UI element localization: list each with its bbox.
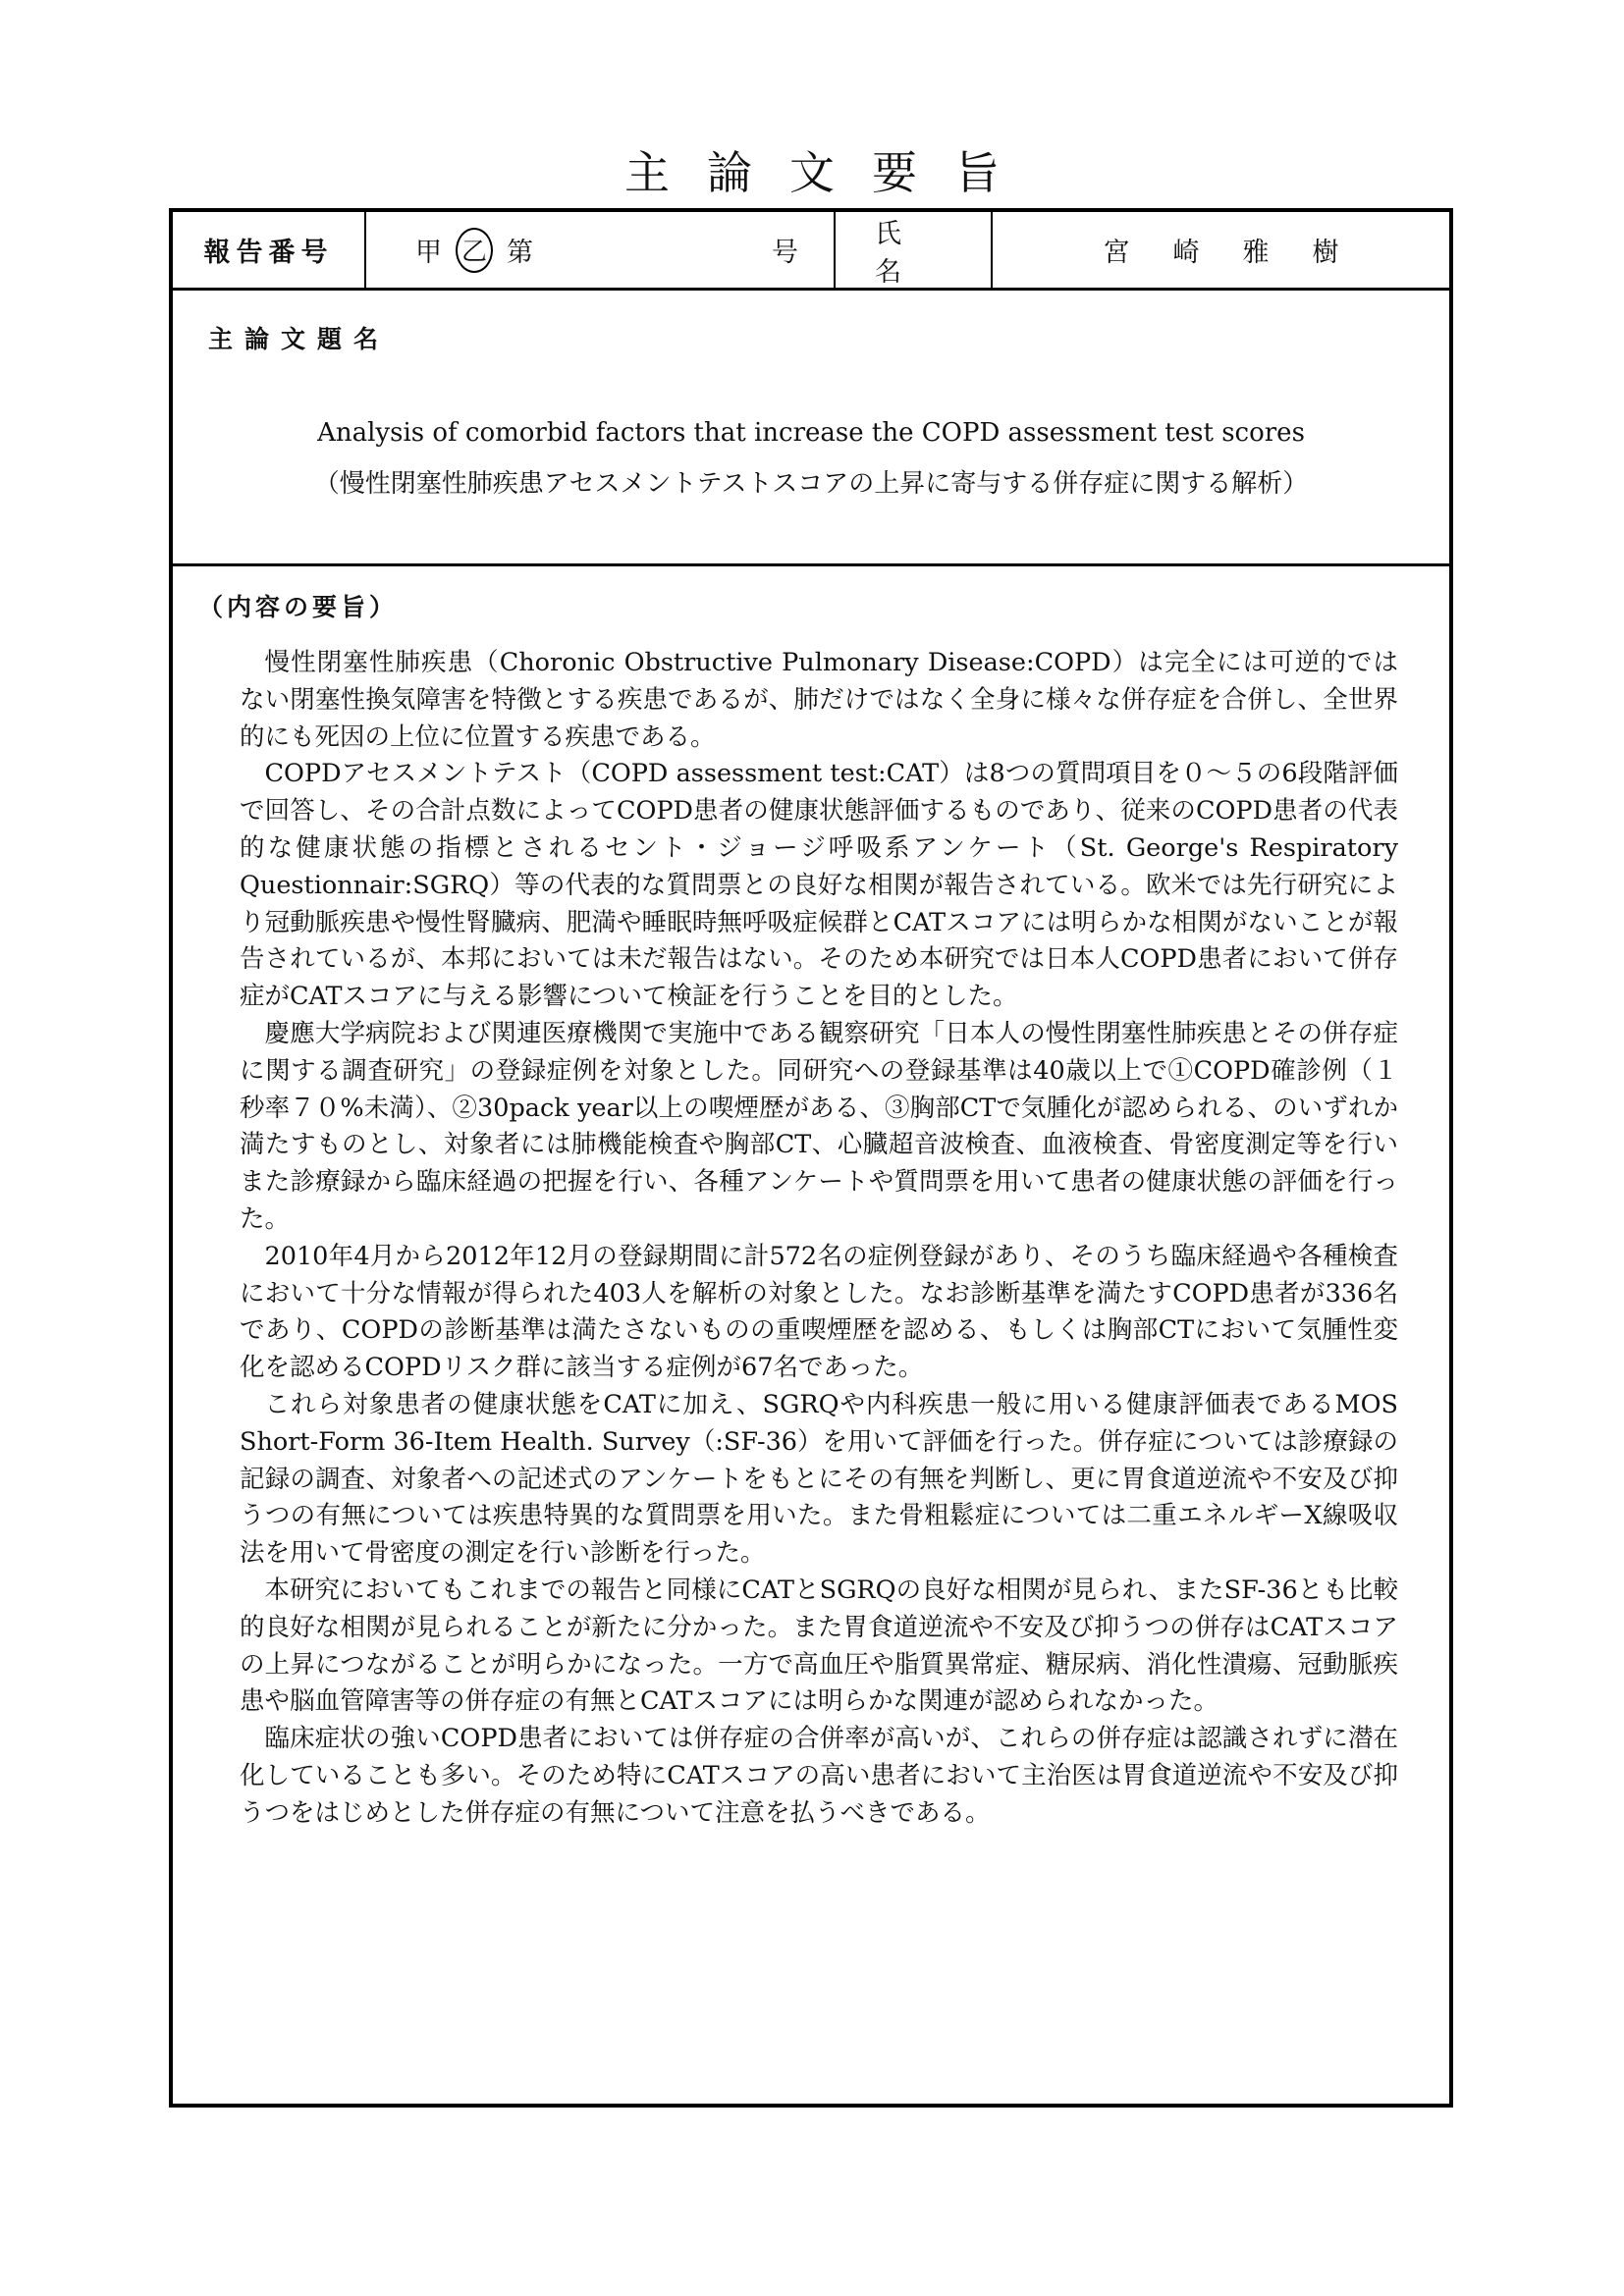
report-number-field: 甲 乙 第 号	[366, 212, 836, 288]
thesis-title-english: Analysis of comorbid factors that increa…	[173, 418, 1449, 448]
thesis-title-section: 主論文題名 Analysis of comorbid factors that …	[173, 291, 1449, 566]
thesis-title-label: 主論文題名	[208, 320, 390, 355]
name-label: 氏名	[836, 212, 993, 288]
paragraph: 臨床症状の強いCOPD患者においては併存症の合併率が高いが、これらの併存症は認識…	[240, 1721, 1398, 1832]
paragraph: 慢性閉塞性肺疾患（Choronic Obstructive Pulmonary …	[240, 645, 1398, 756]
kou-option: 甲	[415, 231, 442, 269]
summary-body: 慢性閉塞性肺疾患（Choronic Obstructive Pulmonary …	[240, 645, 1398, 1833]
name-value: 宮崎雅樹	[993, 212, 1449, 288]
paragraph: 本研究においてもこれまでの報告と同様にCATとSGRQの良好な相関が見られ、また…	[240, 1573, 1398, 1721]
report-number-label: 報告番号	[173, 212, 366, 288]
thesis-title-japanese: （慢性閉塞性肺疾患アセスメントテストスコアの上昇に寄与する併存症に関する解析）	[173, 463, 1449, 500]
paragraph: 慶應大学病院および関連医療機関で実施中である観察研究「日本人の慢性閉塞性肺疾患と…	[240, 1016, 1398, 1239]
paragraph: COPDアセスメントテスト（COPD assessment test:CAT）は…	[240, 756, 1398, 1016]
page-title: 主論文要旨	[0, 137, 1624, 202]
header-row: 報告番号 甲 乙 第 号 氏名 宮崎雅樹	[173, 212, 1449, 291]
paragraph: 2010年4月から2012年12月の登録期間に計572名の症例登録があり、そのう…	[240, 1239, 1398, 1387]
abstract-form: 報告番号 甲 乙 第 号 氏名 宮崎雅樹 主論文題名 Analysis of c…	[169, 208, 1453, 2108]
content-summary-label: （内容の要旨）	[198, 588, 398, 623]
paragraph: これら対象患者の健康状態をCATに加え、SGRQや内科疾患一般に用いる健康評価表…	[240, 1387, 1398, 1573]
dai-label: 第	[507, 231, 533, 269]
go-label: 号	[772, 231, 798, 269]
otsu-option-circled: 乙	[456, 228, 493, 273]
content-summary-section: （内容の要旨） 慢性閉塞性肺疾患（Choronic Obstructive Pu…	[173, 566, 1449, 2104]
